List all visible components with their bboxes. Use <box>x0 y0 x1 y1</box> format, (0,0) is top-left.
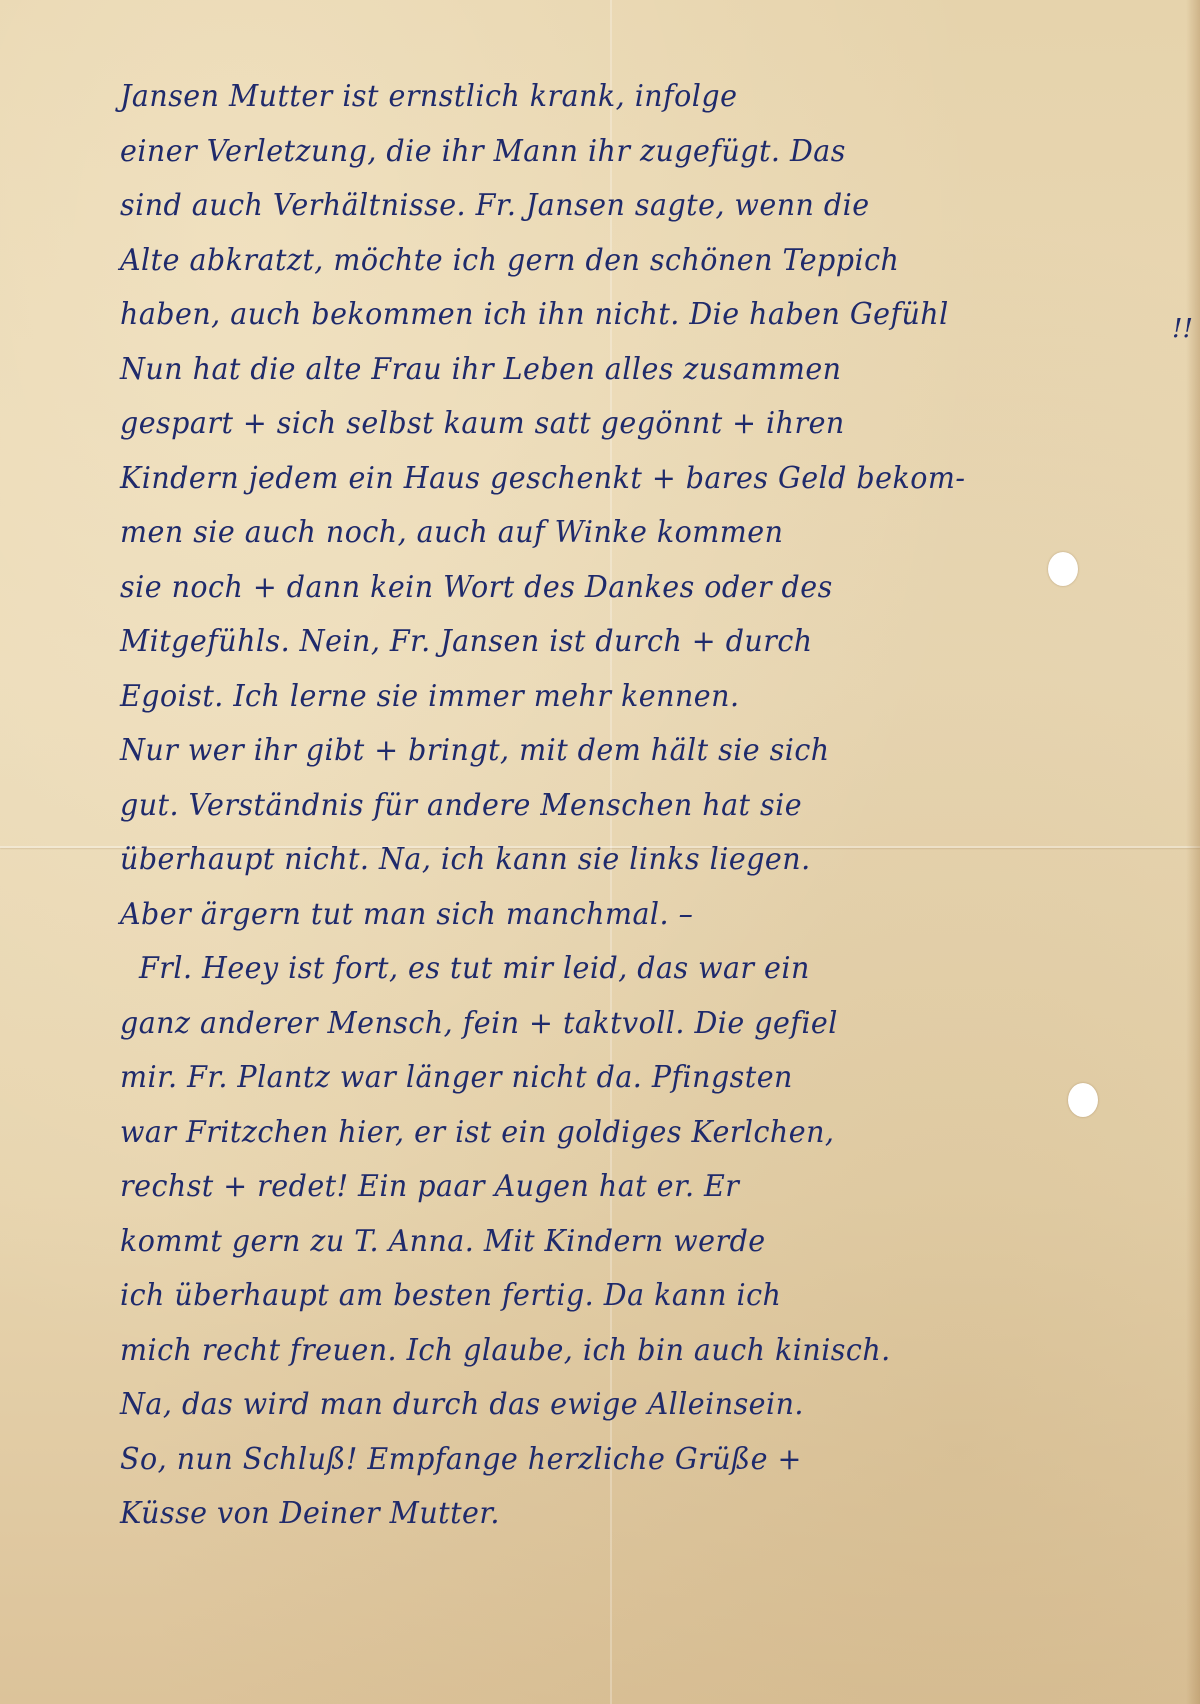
page-edge-shadow <box>1186 0 1200 1704</box>
letter-line: Jansen Mutter ist ernstlich krank, infol… <box>120 70 1127 125</box>
letter-signature-line: Küsse von Deiner Mutter. <box>120 1487 1127 1542</box>
letter-line: So, nun Schluß! Empfange herzliche Grüße… <box>120 1433 1127 1488</box>
letter-line: gut. Verständnis für andere Menschen hat… <box>120 779 1127 834</box>
letter-line: gespart + sich selbst kaum satt gegönnt … <box>120 397 1127 452</box>
letter-line: mich recht freuen. Ich glaube, ich bin a… <box>120 1324 1127 1379</box>
letter-line: rechst + redet! Ein paar Augen hat er. E… <box>120 1160 1127 1215</box>
letter-line: ich überhaupt am besten fertig. Da kann … <box>120 1269 1127 1324</box>
letter-body: Jansen Mutter ist ernstlich krank, infol… <box>120 70 1180 1542</box>
letter-line: sind auch Verhältnisse. Fr. Jansen sagte… <box>120 179 1127 234</box>
letter-line: men sie auch noch, auch auf Winke kommen <box>120 506 1127 561</box>
letter-line: Nun hat die alte Frau ihr Leben alles zu… <box>120 343 1127 398</box>
letter-line: Mitgefühls. Nein, Fr. Jansen ist durch +… <box>120 615 1127 670</box>
letter-line: kommt gern zu T. Anna. Mit Kindern werde <box>120 1215 1127 1270</box>
letter-line: Na, das wird man durch das ewige Alleins… <box>120 1378 1127 1433</box>
letter-line: haben, auch bekommen ich ihn nicht. Die … <box>120 288 1127 343</box>
letter-page: Jansen Mutter ist ernstlich krank, infol… <box>0 0 1200 1704</box>
margin-exclamation-note: !! <box>1172 320 1192 338</box>
letter-line: mir. Fr. Plantz war länger nicht da. Pfi… <box>120 1051 1127 1106</box>
letter-line: war Fritzchen hier, er ist ein goldiges … <box>120 1106 1127 1161</box>
letter-line: Egoist. Ich lerne sie immer mehr kennen. <box>120 670 1127 725</box>
letter-line: überhaupt nicht. Na, ich kann sie links … <box>120 833 1127 888</box>
letter-line: Alte abkratzt, möchte ich gern den schön… <box>120 234 1127 289</box>
letter-line: Aber ärgern tut man sich manchmal. – <box>120 888 1127 943</box>
letter-line: Frl. Heey ist fort, es tut mir leid, das… <box>120 942 1127 997</box>
letter-line: Kindern jedem ein Haus geschenkt + bares… <box>120 452 1127 507</box>
letter-line: Nur wer ihr gibt + bringt, mit dem hält … <box>120 724 1127 779</box>
letter-line: sie noch + dann kein Wort des Dankes ode… <box>120 561 1127 616</box>
letter-line: ganz anderer Mensch, fein + taktvoll. Di… <box>120 997 1127 1052</box>
letter-line: einer Verletzung, die ihr Mann ihr zugef… <box>120 125 1127 180</box>
